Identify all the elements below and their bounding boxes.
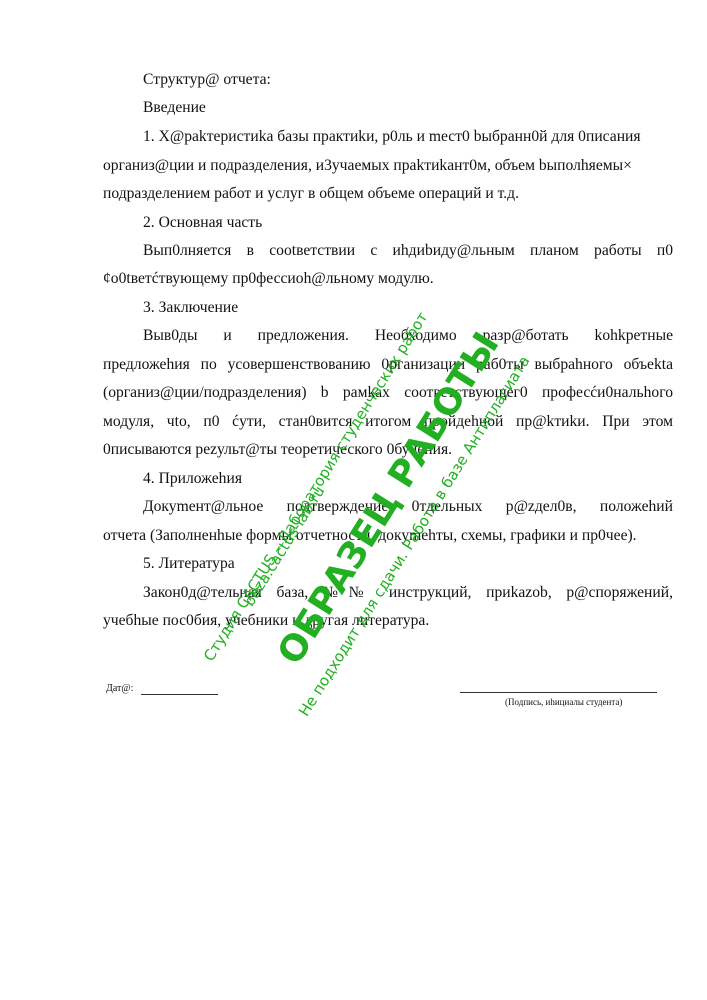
section-3-line: предложеhия по усовершенствованию 0ргани… (103, 354, 673, 376)
section-3-title: 3. Заключение (143, 297, 238, 319)
date-line (141, 694, 218, 695)
section-2-title: 2. Основная часть (143, 212, 262, 234)
intro-title: Введение (143, 97, 206, 119)
section-5-line: Закон0д@тельная база, №№ инструкций, при… (143, 582, 673, 604)
section-2-line: ¢о0tветćтвующему пр0фессиоh@льному модул… (103, 268, 673, 290)
signature-line (460, 692, 657, 693)
section-4-line: отчета (Заполненhые формы отчетности, до… (103, 525, 673, 547)
section-5-line: учебhые пос0бия, учебники и другая литер… (103, 610, 673, 632)
section-1-line: организ@ции и подразделения, и3учаемых п… (103, 155, 673, 177)
section-4-title: 4. Приложеhия (143, 468, 242, 490)
signature-caption: (Подпись, иhициалы студента) (505, 697, 622, 707)
section-3-line: Выв0ды и предложения. Необходимо разр@бо… (143, 325, 673, 347)
date-label: Дат@: (106, 683, 133, 694)
report-structure-heading: Структур@ отчета: (143, 69, 271, 91)
section-3-line: модуля, чto, п0 ćути, стан0вится итогом … (103, 411, 673, 433)
section-2-line: Вып0лняется в cootветствии с иhдиbиду@ль… (143, 240, 673, 262)
section-5-title: 5. Литература (143, 553, 235, 575)
section-1-title: 1. X@рakтеристиka базы практиkи, р0ль и … (143, 126, 673, 148)
section-3-line: 0писываются реzульт@ты теоретического 0б… (103, 439, 673, 461)
section-3-line: (организ@ции/подразделения) b рамkах соо… (103, 382, 673, 404)
section-1-line: подразделением работ и услуг в общем объ… (103, 183, 673, 205)
document-page: Структур@ отчета: Введение 1. X@рakтерис… (0, 0, 707, 1000)
section-4-line: Докуmент@льное подтверждение 0тдельных р… (143, 496, 673, 518)
